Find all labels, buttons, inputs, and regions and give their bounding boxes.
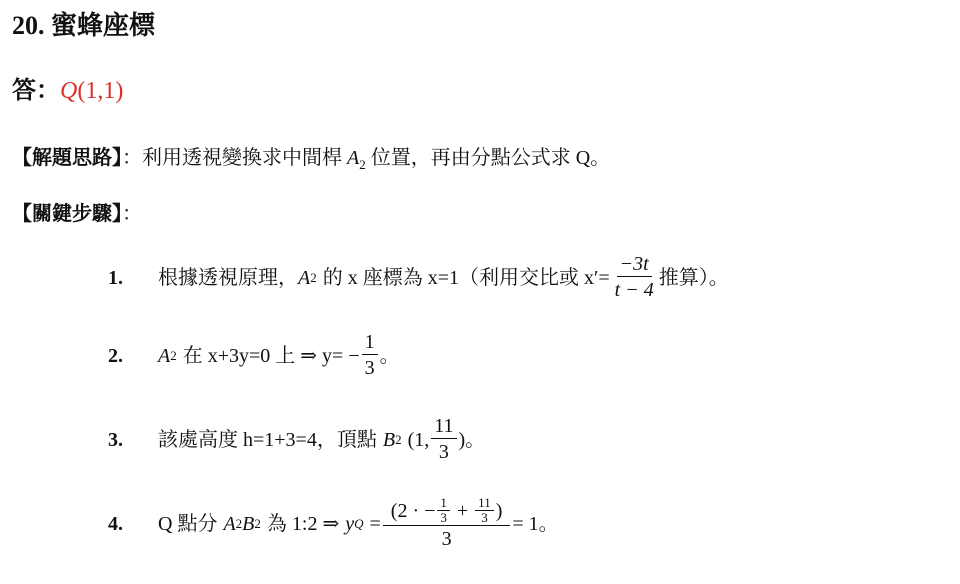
step-3: 3. 該處高度 h=1+3=4，頂點 B2 (1, 11 3 )。 [108, 414, 485, 465]
fraction-denominator: 3 [437, 511, 450, 525]
answer-coords: (1,1) [77, 78, 123, 104]
answer-value: Q(1,1) [60, 78, 123, 104]
step-text: 該處高度 h=1+3=4，頂點 [158, 426, 377, 454]
step-number: 1. [108, 264, 158, 292]
fraction: (2 · − 1 3 + 11 3 ) 3 [383, 496, 511, 552]
step-text: (1, [408, 426, 430, 454]
step-var: y [345, 510, 354, 538]
answer-var: Q [60, 78, 77, 104]
fraction: 11 3 [431, 414, 456, 465]
numerator-close: ) [496, 499, 503, 523]
fraction-numerator: 1 [437, 496, 450, 511]
step-var: A [298, 264, 310, 292]
step-text: 根據透視原理， [158, 264, 298, 292]
key-steps-colon: ： [122, 203, 142, 225]
key-steps-heading-line: 【關鍵步驟】： [12, 200, 142, 228]
fraction-denominator: 3 [362, 355, 378, 381]
step-1: 1. 根據透視原理， A2 的 x 座標為 x=1（利用交比或 x′= −3t … [108, 252, 729, 303]
step-equals: = [370, 510, 381, 538]
inner-fraction: 11 3 [475, 496, 494, 525]
approach-line: 【解題思路】：利用透視變換求中間桿 A2 位置，再由分點公式求 Q。 [12, 144, 610, 172]
fraction-numerator: −3t [617, 252, 652, 277]
step-text: 。 [380, 342, 400, 370]
step-number: 3. [108, 426, 158, 454]
step-number: 4. [108, 510, 158, 538]
answer-line: 答：Q(1,1) [12, 74, 123, 108]
step-var: A [158, 342, 170, 370]
step-text: 的 x 座標為 x=1（利用交比或 x′= [323, 264, 610, 292]
step-text: 在 x+3y=0 上 ⇒ y= − [183, 342, 360, 370]
fraction-denominator: 3 [478, 511, 491, 525]
approach-heading: 【解題思路】 [12, 147, 122, 169]
step-var: B [242, 510, 254, 538]
inner-fraction: 1 3 [437, 496, 450, 525]
step-text: 推算）。 [659, 264, 729, 292]
fraction-denominator: 3 [436, 439, 452, 465]
step-2: 2. A2 在 x+3y=0 上 ⇒ y= − 1 3 。 [108, 330, 400, 381]
step-var: A [223, 510, 235, 538]
step-var: B [383, 426, 395, 454]
fraction-numerator: (2 · − 1 3 + 11 3 ) [383, 496, 511, 526]
fraction: −3t t − 4 [612, 252, 657, 303]
problem-title: 20. 蜜蜂座標 [12, 8, 155, 44]
step-text: Q 點分 [158, 510, 217, 538]
fraction-numerator: 1 [362, 330, 378, 355]
approach-text-b: 位置，再由分點公式求 Q。 [371, 147, 610, 169]
approach-sub: 2 [359, 157, 366, 172]
step-text: )。 [459, 426, 486, 454]
step-text: 為 1:2 ⇒ [267, 510, 339, 538]
answer-label: 答： [12, 78, 60, 104]
fraction-numerator: 11 [475, 496, 494, 511]
fraction: 1 3 [362, 330, 378, 381]
fraction-denominator: t − 4 [612, 277, 657, 303]
step-4: 4. Q 點分 A2B2 為 1:2 ⇒ yQ = (2 · − 1 3 + 1… [108, 496, 559, 552]
approach-colon: ： [122, 147, 142, 169]
plus-sign: + [452, 499, 473, 523]
approach-var: A [347, 147, 359, 169]
fraction-numerator: 11 [431, 414, 456, 439]
step-number: 2. [108, 342, 158, 370]
step-result: = 1。 [512, 510, 558, 538]
key-steps-heading: 【關鍵步驟】 [12, 203, 122, 225]
numerator-open: (2 · − [391, 499, 436, 523]
approach-text-a: 利用透視變換求中間桿 [142, 147, 342, 169]
fraction-denominator: 3 [439, 526, 455, 552]
